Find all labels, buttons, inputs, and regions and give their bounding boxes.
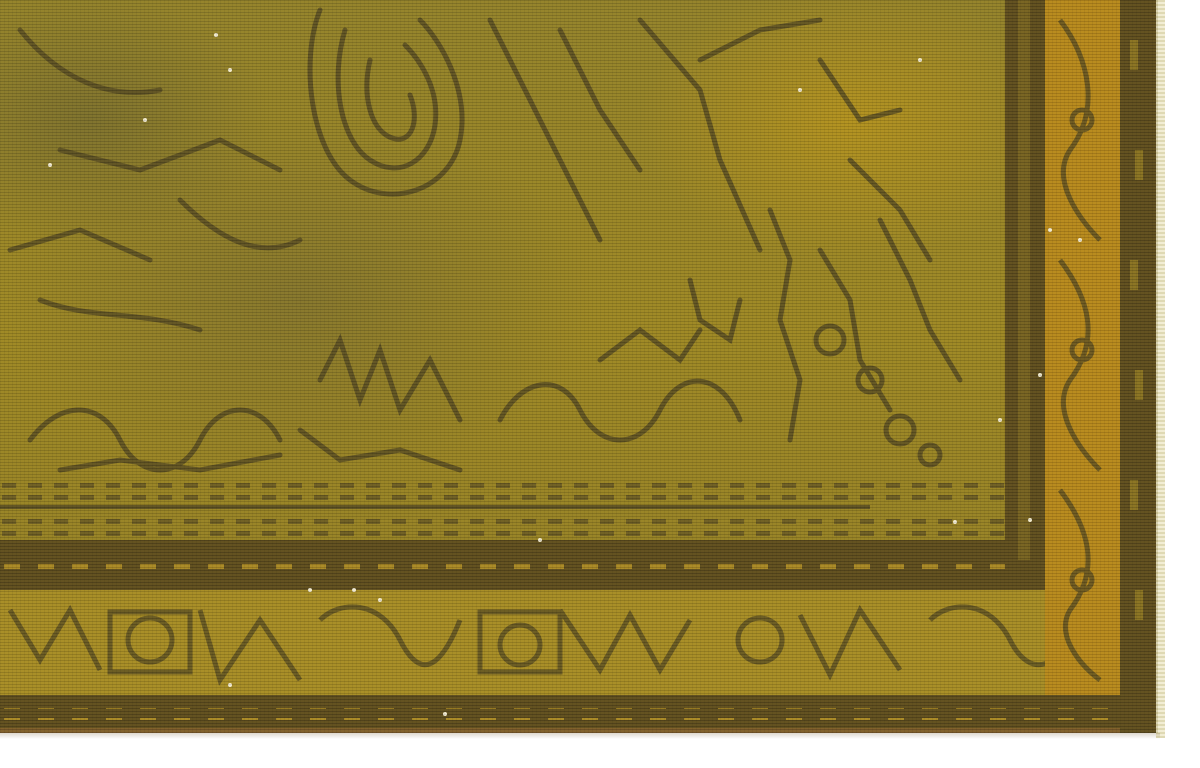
- outer-band-right: [1120, 0, 1158, 733]
- rug-fringe: [1156, 0, 1165, 738]
- field-motifs: [10, 10, 960, 470]
- rug-shadow: [0, 733, 1160, 739]
- rug-pattern: [0, 0, 1158, 733]
- main-border-right: [1045, 0, 1120, 695]
- rug: [0, 0, 1158, 733]
- rug-photo: [0, 0, 1200, 768]
- inner-guard-band-right: [1005, 0, 1045, 590]
- outer-band-bottom: [0, 695, 1158, 733]
- guard-strip: [0, 478, 1005, 540]
- inner-guard-band-bottom: [0, 540, 1045, 590]
- main-border-bottom: [0, 590, 1120, 695]
